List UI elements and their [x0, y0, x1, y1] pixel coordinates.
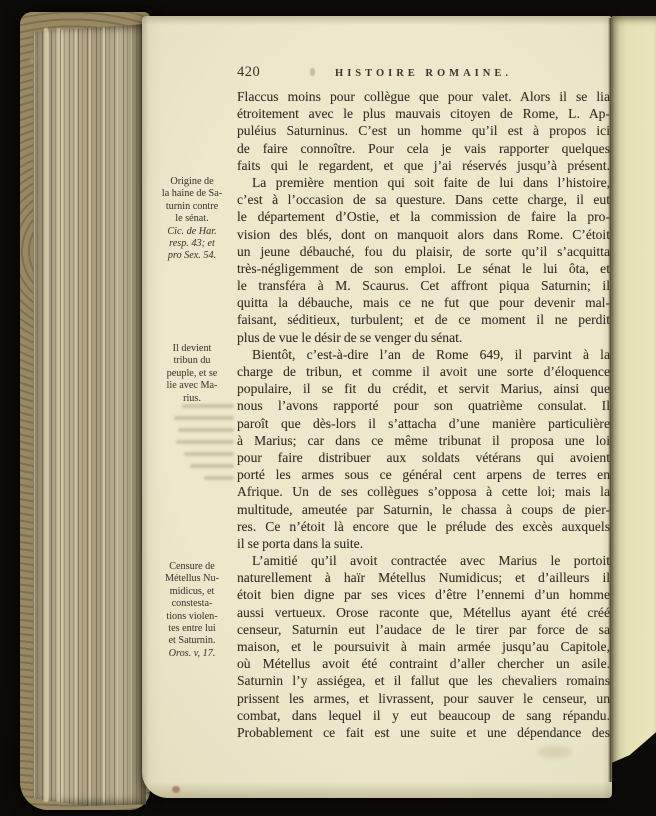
text-line: charge de tribun, et comme il avoit une … — [237, 363, 610, 380]
text-line: c’est à l’occasion de sa questure. Dans … — [237, 191, 610, 208]
text-line: un jeune débauché, fou du plaisir, de so… — [237, 243, 610, 260]
margin-note-line: et Saturnin. — [150, 635, 234, 647]
book-page: 420 HISTOIRE ROMAINE. Origine de la hain… — [142, 16, 612, 798]
margin-note-line: peuple, et se — [150, 368, 234, 380]
paragraph: L’amitié qu’il avoit contractée avec Mar… — [237, 552, 610, 741]
margin-note-citation-line: Oros. v, 17. — [150, 648, 234, 660]
text-line: censeur, Saturnin eut l’audace de le tir… — [237, 621, 610, 638]
margin-note-line: turnin contre — [150, 201, 234, 213]
text-line: le transféra à M. Scaurus. Cet affront p… — [237, 277, 610, 294]
page-edge-streak — [44, 28, 48, 802]
text-line: prissent les armes, et livrassent, pour … — [237, 690, 610, 707]
facing-page-edge — [612, 16, 656, 778]
margin-note-citation-line: pro Sex. 54. — [150, 250, 234, 262]
text-line: plus de vue le désir de se venger du sén… — [237, 329, 610, 346]
text-line: étoit bien digne par ses vices d’être l’… — [237, 586, 610, 603]
margin-note-line: midicus, et — [150, 586, 234, 598]
margin-note-line: tribun du — [150, 355, 234, 367]
margin-note-citation-line: Cic. de Har. — [150, 226, 234, 238]
text-line: La première mention qui soit faite de lu… — [237, 174, 610, 191]
page-stack-fore-edge — [33, 24, 146, 806]
text-line: étroitement avec le plus mauvais citoyen… — [237, 105, 610, 122]
margin-note: Il devient tribun du peuple, et se lie a… — [150, 343, 234, 405]
text-line: Afrique. Un de ses collègues s’opposa à … — [237, 483, 610, 500]
text-line: Saturnin l’y assiégea, et il fallut que … — [237, 672, 610, 689]
text-line: populaire, il se fit du crédit, et servi… — [237, 380, 610, 397]
margin-note-line: le sénat. — [150, 213, 234, 225]
page-text: Flaccus moins pour collègue que pour val… — [237, 88, 610, 741]
gutter-shadow — [608, 18, 613, 782]
text-line: aussi vertueux. Orose raconte que, Métel… — [237, 604, 610, 621]
text-line: de faire connoître. Pour cela je vais ra… — [237, 140, 610, 157]
margin-note-line: tes entre lui — [150, 623, 234, 635]
text-line: naturellement à haïr Métellus Numidicus;… — [237, 569, 610, 586]
stain — [310, 68, 315, 76]
text-line: vision des blés, dont on manquoit alors … — [237, 226, 610, 243]
margin-note-citation-line: resp. 43; et — [150, 238, 234, 250]
text-line: quitta la débauche, mais ce ne fut que p… — [237, 294, 610, 311]
book-photo: 420 HISTOIRE ROMAINE. Origine de la hain… — [0, 0, 656, 816]
text-line: le département d’Ostie, et la commission… — [237, 208, 610, 225]
margin-note-line: tions violen- — [150, 611, 234, 623]
text-line: combat, dans lequel il y eut beaucoup de… — [237, 707, 610, 724]
margin-note-line: la haine de Sa- — [150, 188, 234, 200]
text-line: très-négligemment de son emploi. Le séna… — [237, 260, 610, 277]
text-line: faisant, séditieux, turbulent; et de ce … — [237, 311, 610, 328]
text-line: puléius Saturninus. C’est un homme qu’il… — [237, 122, 610, 139]
text-line: il se porta dans la suite. — [237, 535, 610, 552]
text-line: porté les armes sous ce général cent arp… — [237, 466, 610, 483]
paragraph: La première mention qui soit faite de lu… — [237, 174, 610, 346]
margin-note-line: Il devient — [150, 343, 234, 355]
text-line: Probablement ce fait est une suite et un… — [237, 724, 610, 741]
paragraph: Bientôt, c’est-à-dire l’an de Rome 649, … — [237, 346, 610, 552]
text-line: L’amitié qu’il avoit contractée avec Mar… — [237, 552, 610, 569]
text-line: faits qui le regardent, et que j’ai rése… — [237, 157, 610, 174]
text-line: pour faire distribuer aux soldats vétéra… — [237, 449, 610, 466]
page-edge-streak — [103, 28, 105, 802]
margin-note: Censure de Métellus Nu- midicus, et cons… — [150, 561, 234, 660]
margin-note-line: constesta- — [150, 598, 234, 610]
text-line: res. Ce n’étoit là encore que le prélude… — [237, 518, 610, 535]
margin-note-line: lie avec Ma- — [150, 380, 234, 392]
text-line: où Métellus avoit été contraint d’aller … — [237, 655, 610, 672]
text-line: paroît que dès-lors il s’attacha d’une m… — [237, 415, 610, 432]
margin-note-line: Origine de — [150, 176, 234, 188]
page-edge-streak — [57, 28, 60, 802]
text-line: maison, et le poursuivit à main armée ju… — [237, 638, 610, 655]
margin-note-line: Métellus Nu- — [150, 573, 234, 585]
running-title: HISTOIRE ROMAINE. — [237, 68, 610, 79]
margin-note: Origine de la haine de Sa- turnin contre… — [150, 176, 234, 263]
margin-note-line: Censure de — [150, 561, 234, 573]
text-line: multitude, ameutée par Saturnin, le chas… — [237, 501, 610, 518]
text-line: Flaccus moins pour collègue que pour val… — [237, 88, 610, 105]
text-line: nous l’avons rapporté pour son quatrième… — [237, 397, 610, 414]
text-line: Bientôt, c’est-à-dire l’an de Rome 649, … — [237, 346, 610, 363]
stain — [538, 746, 572, 758]
text-line: à Marius; car dans ce même tribunat il p… — [237, 432, 610, 449]
ink-bleedthrough — [164, 404, 234, 488]
paragraph: Flaccus moins pour collègue que pour val… — [237, 88, 610, 174]
stain — [172, 786, 180, 793]
